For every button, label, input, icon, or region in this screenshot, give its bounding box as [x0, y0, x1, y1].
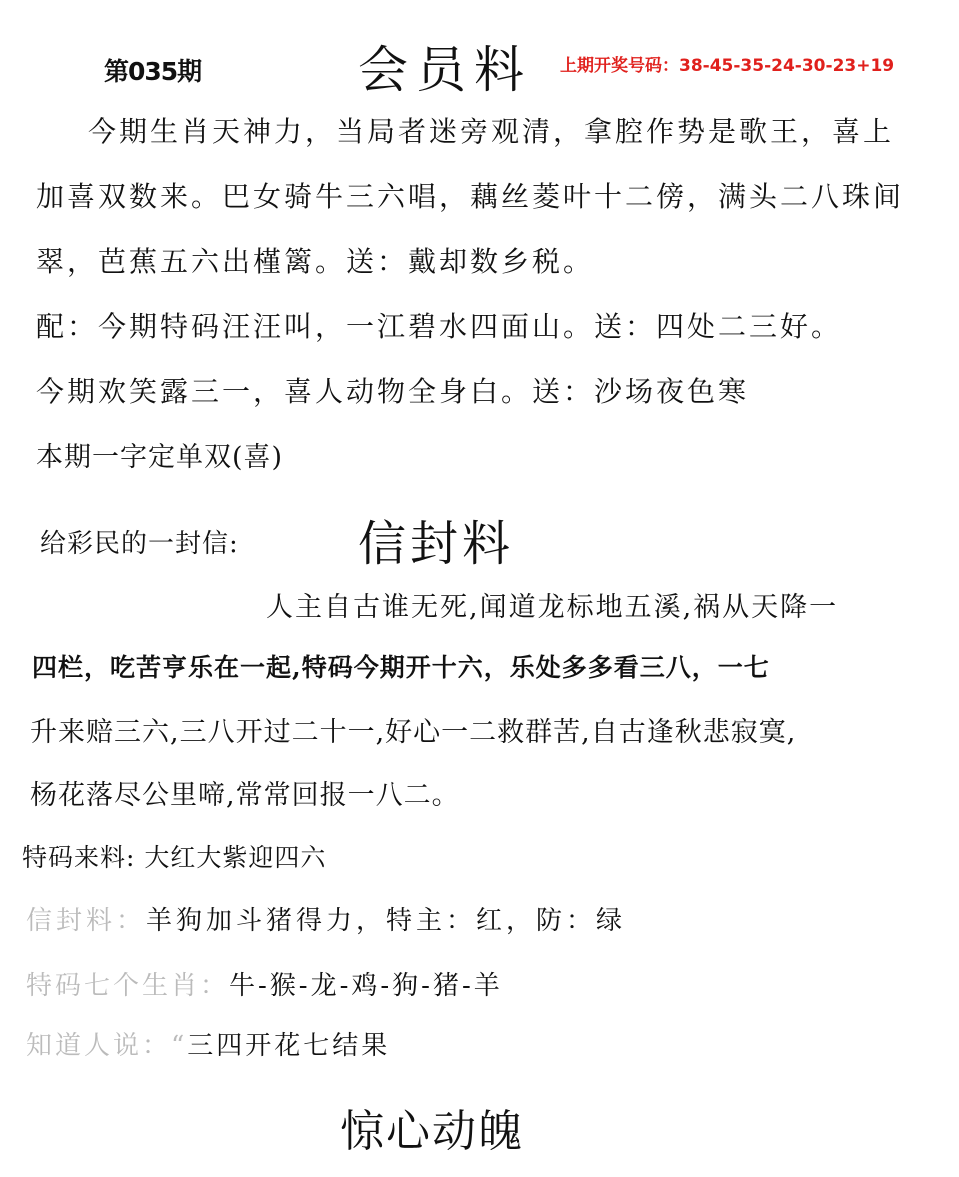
last-draw-label: 上期开奖号码：	[560, 56, 679, 76]
faded-line-1: 信封料：羊狗加斗猪得力，特主：红，防：绿	[26, 900, 626, 937]
member-line-6: 本期一字定单双(喜)	[36, 435, 283, 474]
letter-intro: 给彩民的一封信:	[40, 523, 239, 560]
closing-phrase: 惊心动魄	[340, 1095, 524, 1159]
page-title: 会员料	[358, 30, 532, 102]
member-line-1: 今期生肖天神力，当局者迷旁观清，拿腔作势是歌王，喜上	[88, 110, 894, 150]
faded-line-2-prefix: 特码七个生肖：	[26, 971, 229, 1001]
member-line-5: 今期欢笑露三一，喜人动物全身白。送：沙场夜色寒	[36, 370, 749, 410]
last-draw-result: 上期开奖号码：38-45-35-24-30-23+19	[560, 51, 894, 76]
letter-line-2: 四栏，吃苦亨乐在一起,特码今期开十六，乐处多多看三八，一七	[32, 648, 770, 684]
faded-line-3: 知道人说：“三四开花七结果	[26, 1025, 390, 1062]
faded-line-2-text: 牛-猴-龙-鸡-狗-猪-羊	[229, 971, 503, 1001]
last-draw-numbers: 38-45-35-24-30-23+19	[679, 56, 894, 76]
faded-line-2: 特码七个生肖：牛-猴-龙-鸡-狗-猪-羊	[26, 965, 503, 1002]
faded-line-1-text: 羊狗加斗猪得力，特主：红，防：绿	[146, 906, 626, 936]
member-line-3: 翠，芭蕉五六出槿篱。送：戴却数乡税。	[36, 240, 594, 280]
faded-line-3-text: 三四开花七结果	[187, 1031, 390, 1061]
issue-number: 第035期	[104, 52, 201, 88]
envelope-title: 信封料	[358, 505, 514, 574]
letter-line-3: 升来赔三六,三八开过二十一,好心一二救群苦,自古逢秋悲寂寞,	[30, 710, 796, 749]
member-line-4: 配：今期特码汪汪叫，一江碧水四面山。送：四处二三好。	[36, 305, 842, 345]
letter-line-1: 人主自古谁无死,闻道龙标地五溪,祸从天降一	[266, 585, 838, 624]
special-source-line: 特码来料: 大红大紫迎四六	[22, 838, 326, 874]
member-line-2: 加喜双数来。巴女骑牛三六唱，藕丝菱叶十二傍，满头二八珠间	[36, 175, 904, 215]
faded-line-1-prefix: 信封料：	[26, 906, 146, 936]
letter-line-4: 杨花落尽公里啼,常常回报一八二。	[30, 773, 460, 812]
faded-line-3-prefix: 知道人说：“	[26, 1031, 187, 1061]
